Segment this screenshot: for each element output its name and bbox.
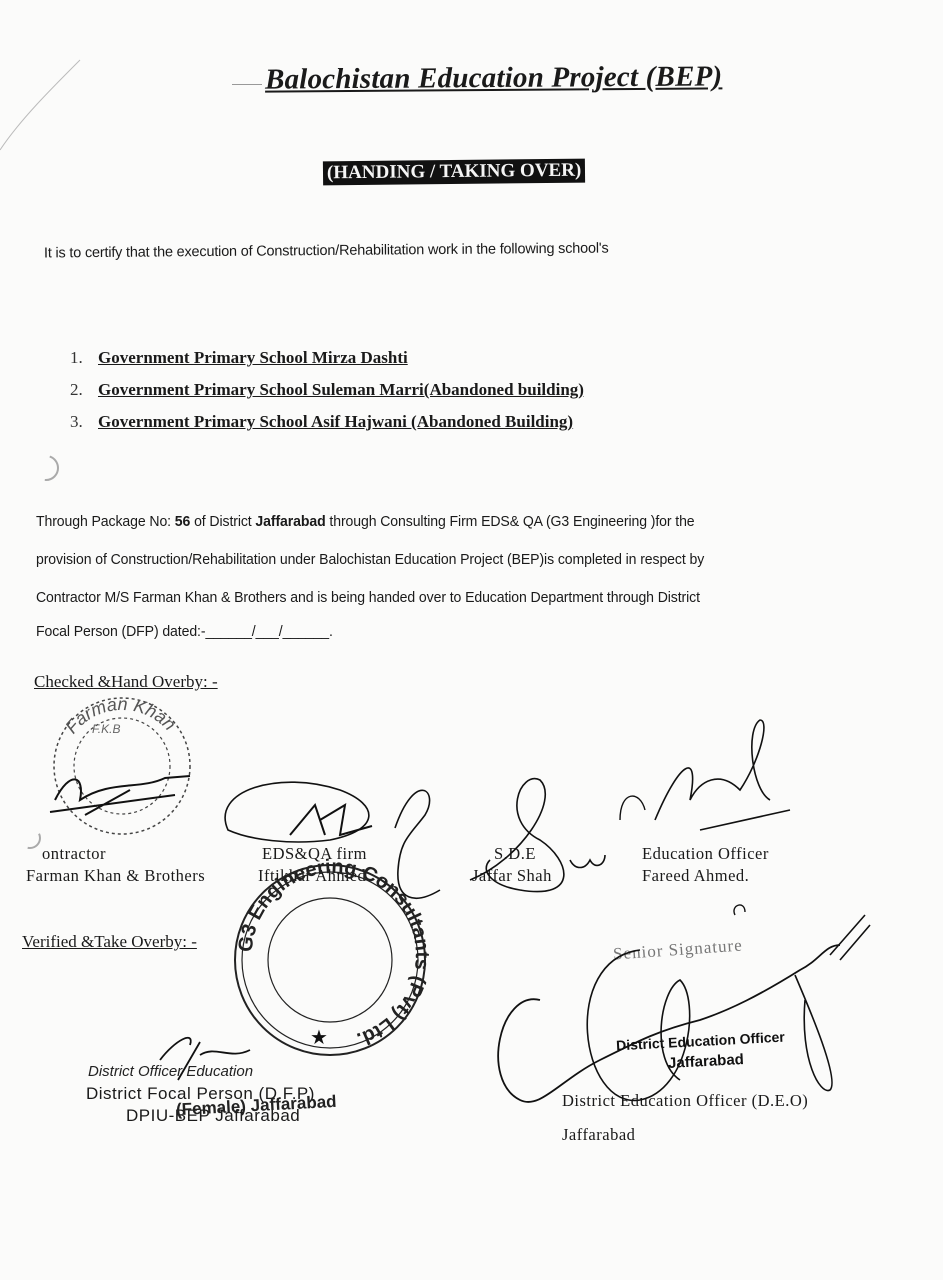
package-number: 56 <box>175 514 190 530</box>
body-line-4: Focal Person (DFP) dated:-______/___/___… <box>36 624 333 640</box>
body-line-1: Through Package No: 56 of District Jaffa… <box>36 514 695 530</box>
signatory-name: Jaffarabad <box>562 1124 808 1146</box>
title-rule <box>232 84 262 85</box>
list-item: 3. Government Primary School Asif Hajwan… <box>70 406 584 438</box>
deo-stamp-faint: Senior Signature <box>612 935 743 964</box>
contractor-stamp-center: F.K.B <box>92 722 120 736</box>
signatory-name: Fareed Ahmed. <box>642 865 769 887</box>
signatory-name: Iftikhar Ahmed <box>258 865 367 887</box>
signatory-role: Education Officer <box>642 843 769 865</box>
document-title: Balochistan Education Project (BEP) <box>265 60 723 96</box>
checked-handover-label: Checked &Hand Overby: - <box>34 672 218 692</box>
school-name: Government Primary School Asif Hajwani (… <box>98 412 573 432</box>
list-number: 3. <box>70 412 98 432</box>
school-name: Government Primary School Mirza Dashti <box>98 348 408 368</box>
list-item: 2. Government Primary School Suleman Mar… <box>70 374 584 406</box>
text: Through Package No: <box>36 514 175 530</box>
sde-signatory: S.D.E Jaffar Shah <box>472 843 552 887</box>
signatory-role: District Education Officer (D.E.O) <box>562 1090 808 1112</box>
star-icon: ★ <box>310 1027 328 1049</box>
certify-text: It is to certify that the execution of C… <box>44 241 609 262</box>
body-line-3: Contractor M/S Farman Khan & Brothers an… <box>36 590 700 606</box>
contractor-stamp <box>54 698 190 834</box>
signatory-role: ontractor <box>42 843 205 865</box>
eds-qa-signatory: EDS&QA firm Iftikhar Ahmed <box>258 843 367 887</box>
signatory-name: Jaffar Shah <box>472 865 552 887</box>
deo-signatory: District Education Officer (D.E.O) Jaffa… <box>562 1090 808 1146</box>
list-number: 1. <box>70 348 98 368</box>
district-name: Jaffarabad <box>255 514 325 530</box>
signatory-role: EDS&QA firm <box>262 843 367 865</box>
school-name: Government Primary School Suleman Marri(… <box>98 380 584 400</box>
contractor-signatory: ontractor Farman Khan & Brothers <box>42 843 205 887</box>
school-list: 1. Government Primary School Mirza Dasht… <box>70 342 584 438</box>
consultant-stamp <box>235 865 425 1055</box>
text: of District <box>190 514 255 530</box>
signatory-name: Farman Khan & Brothers <box>26 865 205 887</box>
dfp-stamp-line1: District Officer Education <box>88 1063 253 1080</box>
list-number: 2. <box>70 380 98 400</box>
document-subtitle: (HANDING / TAKING OVER) <box>323 159 585 186</box>
list-item: 1. Government Primary School Mirza Dasht… <box>70 342 584 374</box>
deo-stamp-line2: Jaffarabad <box>668 1051 745 1072</box>
body-line-2: provision of Construction/Rehabilitation… <box>36 552 704 568</box>
verified-takeover-label: Verified &Take Overby: - <box>22 932 197 952</box>
deo-stamp-line1: District Education Officer <box>616 1029 785 1054</box>
contractor-stamp-ring: Farman Khan <box>61 694 180 737</box>
text: through Consulting Firm EDS& QA (G3 Engi… <box>326 514 695 530</box>
signatory-role: S.D.E <box>494 843 552 865</box>
education-officer-signatory: Education Officer Fareed Ahmed. <box>642 843 769 887</box>
